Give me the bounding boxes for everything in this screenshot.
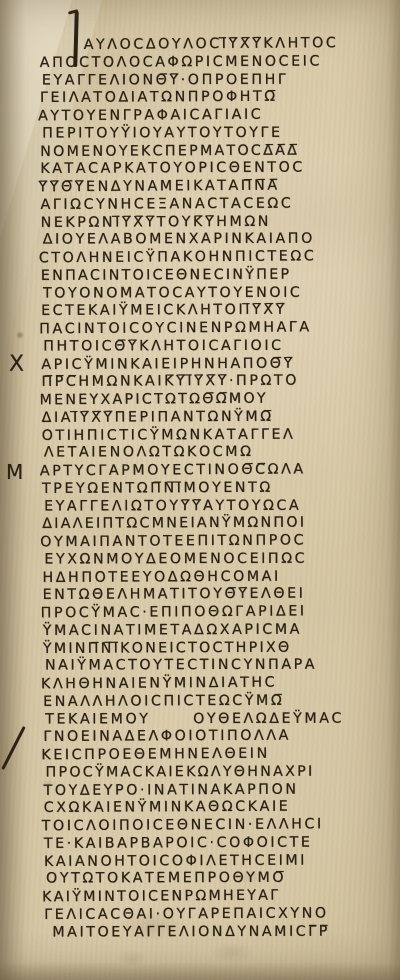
manuscript-line: ΜΕΝΕΥΧΑΡΙϹΤΩΤΩΘ̅Ω̅ΜΟΥ xyxy=(39,390,393,410)
manuscript-line: ΑΥΤΟΥΕΝΓΡΑΦΑΙϹΑΓΙΑΙϹ xyxy=(38,106,392,126)
manuscript-line: ΚΑΤΑϹΑΡΚΑΤΟΥΟΡΙϹΘΕΝΤΟϹ xyxy=(40,159,392,179)
manuscript-line: ΤΕΚΑΙΕΜΟΥ ΟΥΘΕΛΩΔΕΫΜΑϹ xyxy=(45,710,395,729)
manuscript-page: ΑΥΛΟϹΔΟΥΛΟϹΙ̅Υ̅Χ̅Υ̅ΚΛΗΤΟϹΑΠΟϹΤΟΛΟϹΑΦΩΡΙϹ… xyxy=(0,0,400,980)
manuscript-line: ΗΔΗΠΟΤΕΕΥΟΔΩΘΗϹΟΜΑΙ xyxy=(42,568,394,588)
manuscript-line: ϹΧΩΚΑΙΕΝΫΜΙΝΚΑΘΩϹΚΑΙΕ xyxy=(44,798,396,818)
manuscript-line: ΤΟΥΔΕΥΡΟ·ΙΝΑΤΙΝΑΚΑΡΠΟΝ xyxy=(44,781,396,801)
margin-initial-mu: Μ xyxy=(6,460,23,484)
manuscript-line: ΓΕΛΙϹΑϹΘΑΙ·ΟΥΓΑΡΕΠΑΙϹΧΥΝΟ xyxy=(44,905,396,925)
manuscript-line: ΟΥΤΩΤΟΚΑΤΕΜΕΠΡΟΘΥΜΟ̅ xyxy=(46,870,396,889)
manuscript-line: ΤΟΥΟΝΟΜΑΤΟϹΑΥΤΟΥΕΝΟΙϹ xyxy=(43,284,393,303)
manuscript-line: ΠΡΟϹΫΜΑϹΚΑΙΕΚΩΛΥΘΗΝΑΧΡΙ xyxy=(45,763,395,782)
manuscript-line: ΠΡΟϹΫΜΑϹ·ΕΠΙΠΟΘΩΓΑΡΙΔΕΙ xyxy=(41,603,395,623)
manuscript-line: ΠΗΤΟΙϹΘ̅Υ̅ΚΛΗΤΟΙϹΑΓΙΟΙϹ xyxy=(43,337,393,356)
manuscript-line: ΕΥΧΩΝΜΟΥΔΕΟΜΕΝΟϹΕΙΠΩϹ xyxy=(44,550,394,569)
manuscript-line: ΑΡΙϹΫΜΙΝΚΑΙΕΙΡΗΝΗΑΠΟΘ̅Υ̅ xyxy=(41,355,393,375)
manuscript-line: ΚΕΙϹΠΡΟΕΘΕΜΗΝΕΛΘΕΙΝ xyxy=(41,745,395,765)
manuscript-line: ΓΕΙΛΑΤΟΔΙΑΤΩΝΠΡΟΦΗΤΩ̅ xyxy=(40,88,392,108)
manuscript-line: ΟΤΙΗΠΙϹΤΙϹΫΜΩΝΚΑΤΑΓΓΕΛ xyxy=(42,426,394,446)
manuscript-line: ΝΕΚΡΩΝΙ̅Υ̅Χ̅Υ̅ΤΟΥΚ̅Υ̅ΗΜΩΝ xyxy=(41,213,393,233)
manuscript-line: ΚΑΙΑΝΟΗΤΟΙϹΟΦΙΛΕΤΗϹΕΙΜΙ xyxy=(44,852,396,872)
manuscript-line: ΑΥΛΟϹΔΟΥΛΟϹΙ̅Υ̅Χ̅Υ̅ΚΛΗΤΟϹ xyxy=(38,35,392,55)
manuscript-line: ΔΙΟΥΕΛΑΒΟΜΕΝΧΑΡΙΝΚΑΙΑΠΟ xyxy=(43,231,393,250)
manuscript-line: ΝΑΙΫΜΑϹΤΟΥΤΕϹΤΙΝϹΥΝΠΑΡΑ xyxy=(45,657,395,676)
manuscript-line: ΕΝΤΩΘΕΛΗΜΑΤΙΤΟΥΘ̅Υ̅ΕΛΘΕΙ xyxy=(43,585,395,605)
manuscript-line: Π̅Ρ̅Ϲ̅ΗΜΩΝΚΑΙΚ̅Υ̅Ι̅Υ̅Χ̅Υ̅·ΠΡΩΤΟ xyxy=(41,372,393,392)
manuscript-line: ΠΑϹΙΝΤΟΙϹΟΥϹΙΝΕΝΡΩΜΗΑΓΑ xyxy=(39,319,393,339)
margin-initial-chi: Χ xyxy=(9,352,24,377)
manuscript-line: ΕΝΠΑϹΙΝΤΟΙϹΕΘΝΕϹΙΝΫΠΕΡ xyxy=(41,266,393,286)
manuscript-line: ΚΛΗΘΗΝΑΙΕΝΫΜΙΝΔΙΑΤΗϹ xyxy=(41,674,395,694)
manuscript-line: ΫΜΑϹΙΝΑΤΙΜΕΤΑΔΩΧΑΡΙϹΜΑ xyxy=(43,621,395,641)
manuscript-line: ΤΕ·ΚΑΙΒΑΡΒΑΡΟΙϹ·ϹΟΦΟΙϹΤΕ xyxy=(44,834,396,854)
manuscript-line: ΜΑΙΤΟΕΥΑΓΓΕΛΙΟΝΔΥΝΑΜΙϹΓ̅Ρ̅ xyxy=(52,923,396,942)
manuscript-line: ΤΟΙϹΛΟΙΠΟΙϹΕΘΝΕϹΙΝ·ΕΛΛΗϹΙ xyxy=(42,816,396,836)
manuscript-line: ΚΑΙΫΜΙΝΤΟΙϹΕΝΡΩΜΗΕΥΑΓ xyxy=(42,887,396,907)
manuscript-line: ΟΥΜΑΙΠΑΝΤΟΤΕΕΠΙΤΩΝΠΡΟϹ xyxy=(40,532,394,552)
manuscript-line: ΕϹΤΕΚΑΙΫΜΕΙϹΚΛΗΤΟΙΙ̅Υ̅Χ̅Υ̅ xyxy=(41,301,393,321)
manuscript-line: ΑΡΤΥϹΓΑΡΜΟΥΕϹΤΙΝΟΘ̅Ϲ̅ΩΛΑ xyxy=(40,461,394,481)
manuscript-line: ΑΠΟϹΤΟΛΟϹΑΦΩΡΙϹΜΕΝΟϹΕΙϹ xyxy=(40,53,392,73)
manuscript-line: ΤΡΕΥΩΕΝΤΩΠ̅Ν̅Ι̅ΜΟΥΕΝΤΩ xyxy=(42,479,394,499)
manuscript-line: ΕΝΑΛΛΗΛΟΙϹΠΙϹΤΕΩϹΫΜΩ̅ xyxy=(43,692,395,712)
manuscript-line: ΝΟΜΕΝΟΥΕΚϹΠΕΡΜΑΤΟϹΔ̅Α̅Δ̅ xyxy=(40,142,392,162)
manuscript-line: ΑΓΙΩϹΥΝΗϹΕΞΑΝΑϹΤΑϹΕΩϹ xyxy=(40,195,392,215)
manuscript-line: ΫΜΙΝΠ̅Ν̅Ι̅ΚΟΝΕΙϹΤΟϹΤΗΡΙΧΘ xyxy=(43,639,395,659)
manuscript-text-block: ΑΥΛΟϹΔΟΥΛΟϹΙ̅Υ̅Χ̅Υ̅ΚΛΗΤΟϹΑΠΟϹΤΟΛΟϹΑΦΩΡΙϹ… xyxy=(40,35,397,942)
manuscript-line: ϹΤΟΛΗΝΕΙϹΫΠΑΚΟΗΝΠΙϹΤΕΩϹ xyxy=(39,248,393,268)
manuscript-line: ΛΕΤΑΙΕΝΟΛΩΤΩΚΟϹΜΩ xyxy=(44,444,394,463)
manuscript-line: ΕΥΑΓΓΕΛΙΟΝΘ̅Υ̅·ΟΠΡΟΕΠΗΓ xyxy=(42,71,392,90)
manuscript-line: Υ̅Υ̅Θ̅Υ̅ΕΝΔΥΝΑΜΕΙΚΑΤΑΠ̅Ν̅Α̅ xyxy=(38,177,392,197)
manuscript-line: ΓΝΟΕΙΝΑΔΕΛΦΟΙΟΤΙΠΟΛΛΑ xyxy=(43,727,395,747)
manuscript-line: ΔΙΑΛΕΙΠΤΩϹΜΝΕΙΑΝΫΜΩΝΠΟΙ xyxy=(42,514,394,534)
manuscript-line: ΕΥΑΓΓΕΛΙΩΤΟΥΥ̅Υ̅ΑΥΤΟΥΩϹΑ xyxy=(44,497,394,516)
page-edge-shadow-left xyxy=(0,0,26,980)
page-edge-shadow-bottom xyxy=(0,962,400,980)
manuscript-line: ΠΕΡΙΤΟΥΫΙΟΥΑΥΤΟΥΤΟΥΓΕ xyxy=(42,124,392,143)
manuscript-line: ΔΙΑΙ̅Υ̅Χ̅Υ̅ΠΕΡΙΠΑΝΤΩΝΫΜΩ̅ xyxy=(42,408,394,428)
